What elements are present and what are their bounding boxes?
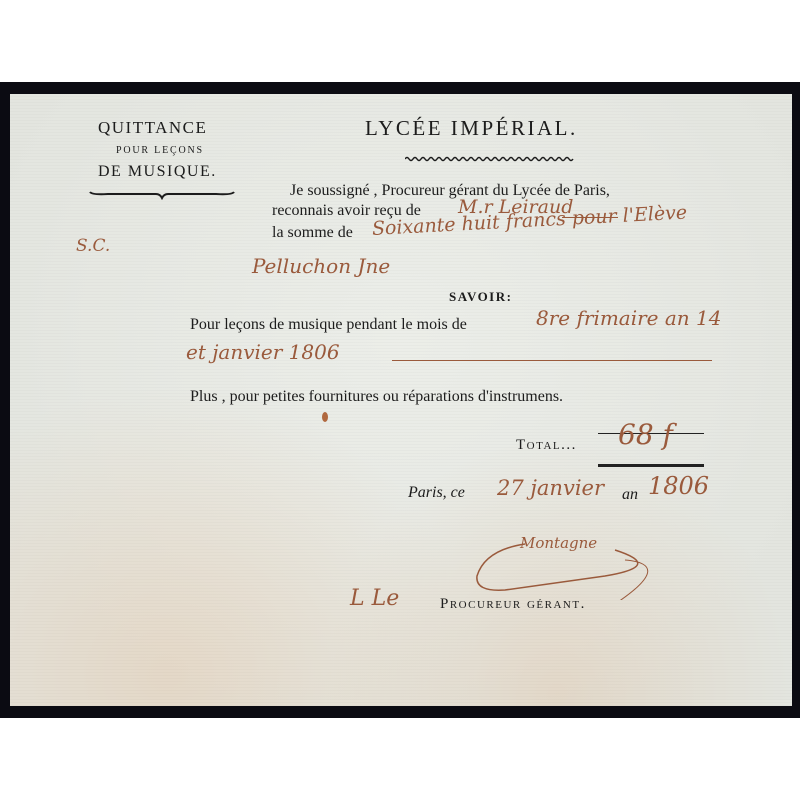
student-name: Pelluchon Jne [252, 254, 390, 278]
total-label: Total... [516, 437, 577, 454]
savoir-heading: SAVOIR: [449, 289, 512, 305]
body-line-5-prefix: Pour leçons de musique pendant le mois d… [190, 316, 467, 334]
date-prefix: Paris, ce [408, 484, 465, 502]
margin-note: S.C. [76, 236, 110, 256]
date-an: an [622, 486, 638, 504]
lesson-period: 8re frimaire an 14 [536, 306, 722, 330]
body-line-7: Plus , pour petites fournitures ou répar… [190, 388, 563, 406]
date-day-month: 27 janvier [497, 476, 604, 500]
signature-initials: L Le [350, 586, 399, 611]
total-double-rule [598, 464, 704, 467]
date-year: 1806 [648, 472, 709, 500]
brace-ornament-icon [88, 190, 236, 200]
ink-stain [322, 412, 328, 422]
body-line-3-prefix: la somme de [272, 224, 353, 242]
lesson-period-cont: et janvier 1806 [186, 340, 340, 364]
period-rule [392, 360, 712, 361]
total-amount: 68 f [618, 418, 673, 451]
wavy-rule-ornament-icon [405, 156, 575, 162]
quittance-title: QUITTANCE [98, 118, 207, 138]
signature-name: Montagne [520, 534, 597, 552]
signer-role: Procureur gérant. [440, 596, 586, 613]
page-title: LYCÉE IMPÉRIAL. [365, 116, 578, 141]
quittance-music: DE MUSIQUE. [98, 163, 217, 181]
quittance-subtitle: POUR LEÇONS [116, 145, 204, 156]
